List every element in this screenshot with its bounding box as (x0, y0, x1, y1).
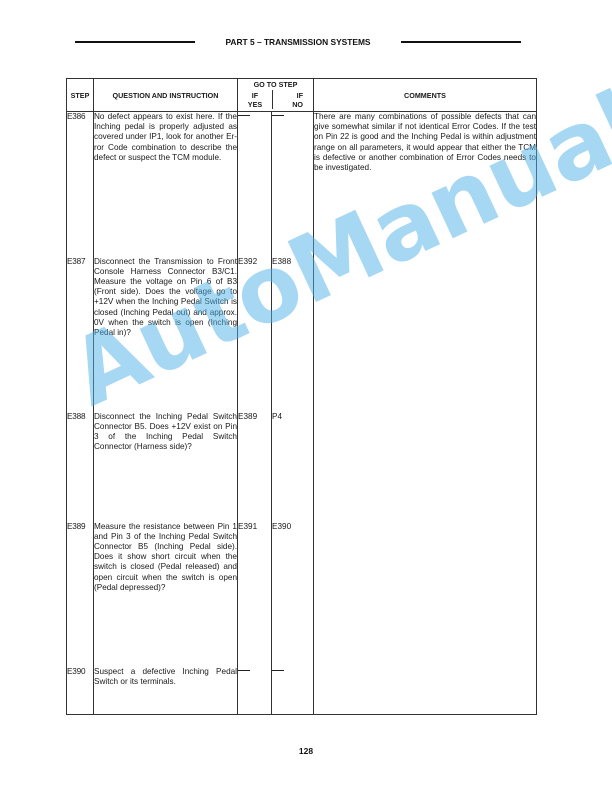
question-text: Suspect a defective Inching Pedal Switch… (94, 667, 238, 715)
if-no-value: E388 (272, 257, 314, 412)
comment-text (314, 522, 537, 667)
if-no-value (272, 112, 314, 257)
step-code: E387 (67, 257, 94, 412)
header-rule-left (75, 41, 195, 43)
column-header-comments: COMMENTS (314, 79, 537, 112)
table-row: E387 Disconnect the Transmission to Fron… (67, 257, 537, 412)
page-header: PART 5 – TRANSMISSION SYSTEMS (75, 35, 545, 49)
column-header-goto: GO TO STEP IFYES IFNO (238, 79, 314, 112)
if-yes-value (238, 667, 272, 715)
troubleshooting-table: STEP QUESTION AND INSTRUCTION GO TO STEP… (66, 78, 537, 715)
question-text: Disconnect the Transmission to Front Con… (94, 257, 238, 412)
question-text: No defect appears to exist here. If the … (94, 112, 238, 257)
dash-none (238, 115, 250, 116)
dash-none (272, 115, 284, 116)
dash-none (238, 670, 250, 671)
column-header-if-yes: IFYES (238, 90, 273, 109)
step-code: E389 (67, 522, 94, 667)
if-no-value (272, 667, 314, 715)
column-header-step: STEP (67, 79, 94, 112)
if-no-value: E390 (272, 522, 314, 667)
column-header-if-no: IFNO (273, 90, 313, 111)
if-yes-value: E392 (238, 257, 272, 412)
column-header-question: QUESTION AND INSTRUCTION (94, 79, 238, 112)
table-row: E386 No defect appears to exist here. If… (67, 112, 537, 257)
step-code: E388 (67, 412, 94, 522)
comment-text: There are many combinations of pos­sible… (314, 112, 537, 257)
question-text: Disconnect the Inching Pedal Switch Conn… (94, 412, 238, 522)
table-row: E388 Disconnect the Inching Pedal Switch… (67, 412, 537, 522)
if-yes-value: E389 (238, 412, 272, 522)
comment-text (314, 667, 537, 715)
if-no-value: P4 (272, 412, 314, 522)
dash-none (272, 670, 284, 671)
step-code: E390 (67, 667, 94, 715)
comment-text (314, 257, 537, 412)
page-number: 128 (0, 746, 612, 756)
goto-label: GO TO STEP (238, 79, 313, 90)
table-row: E389 Measure the resistance be­tween Pin… (67, 522, 537, 667)
header-rule-right (401, 41, 521, 43)
page-title: PART 5 – TRANSMISSION SYSTEMS (199, 35, 397, 49)
if-yes-value: E391 (238, 522, 272, 667)
if-yes-value (238, 112, 272, 257)
comment-text (314, 412, 537, 522)
table-row: E390 Suspect a defective Inching Pedal S… (67, 667, 537, 715)
step-code: E386 (67, 112, 94, 257)
question-text: Measure the resistance be­tween Pin 1 an… (94, 522, 238, 667)
